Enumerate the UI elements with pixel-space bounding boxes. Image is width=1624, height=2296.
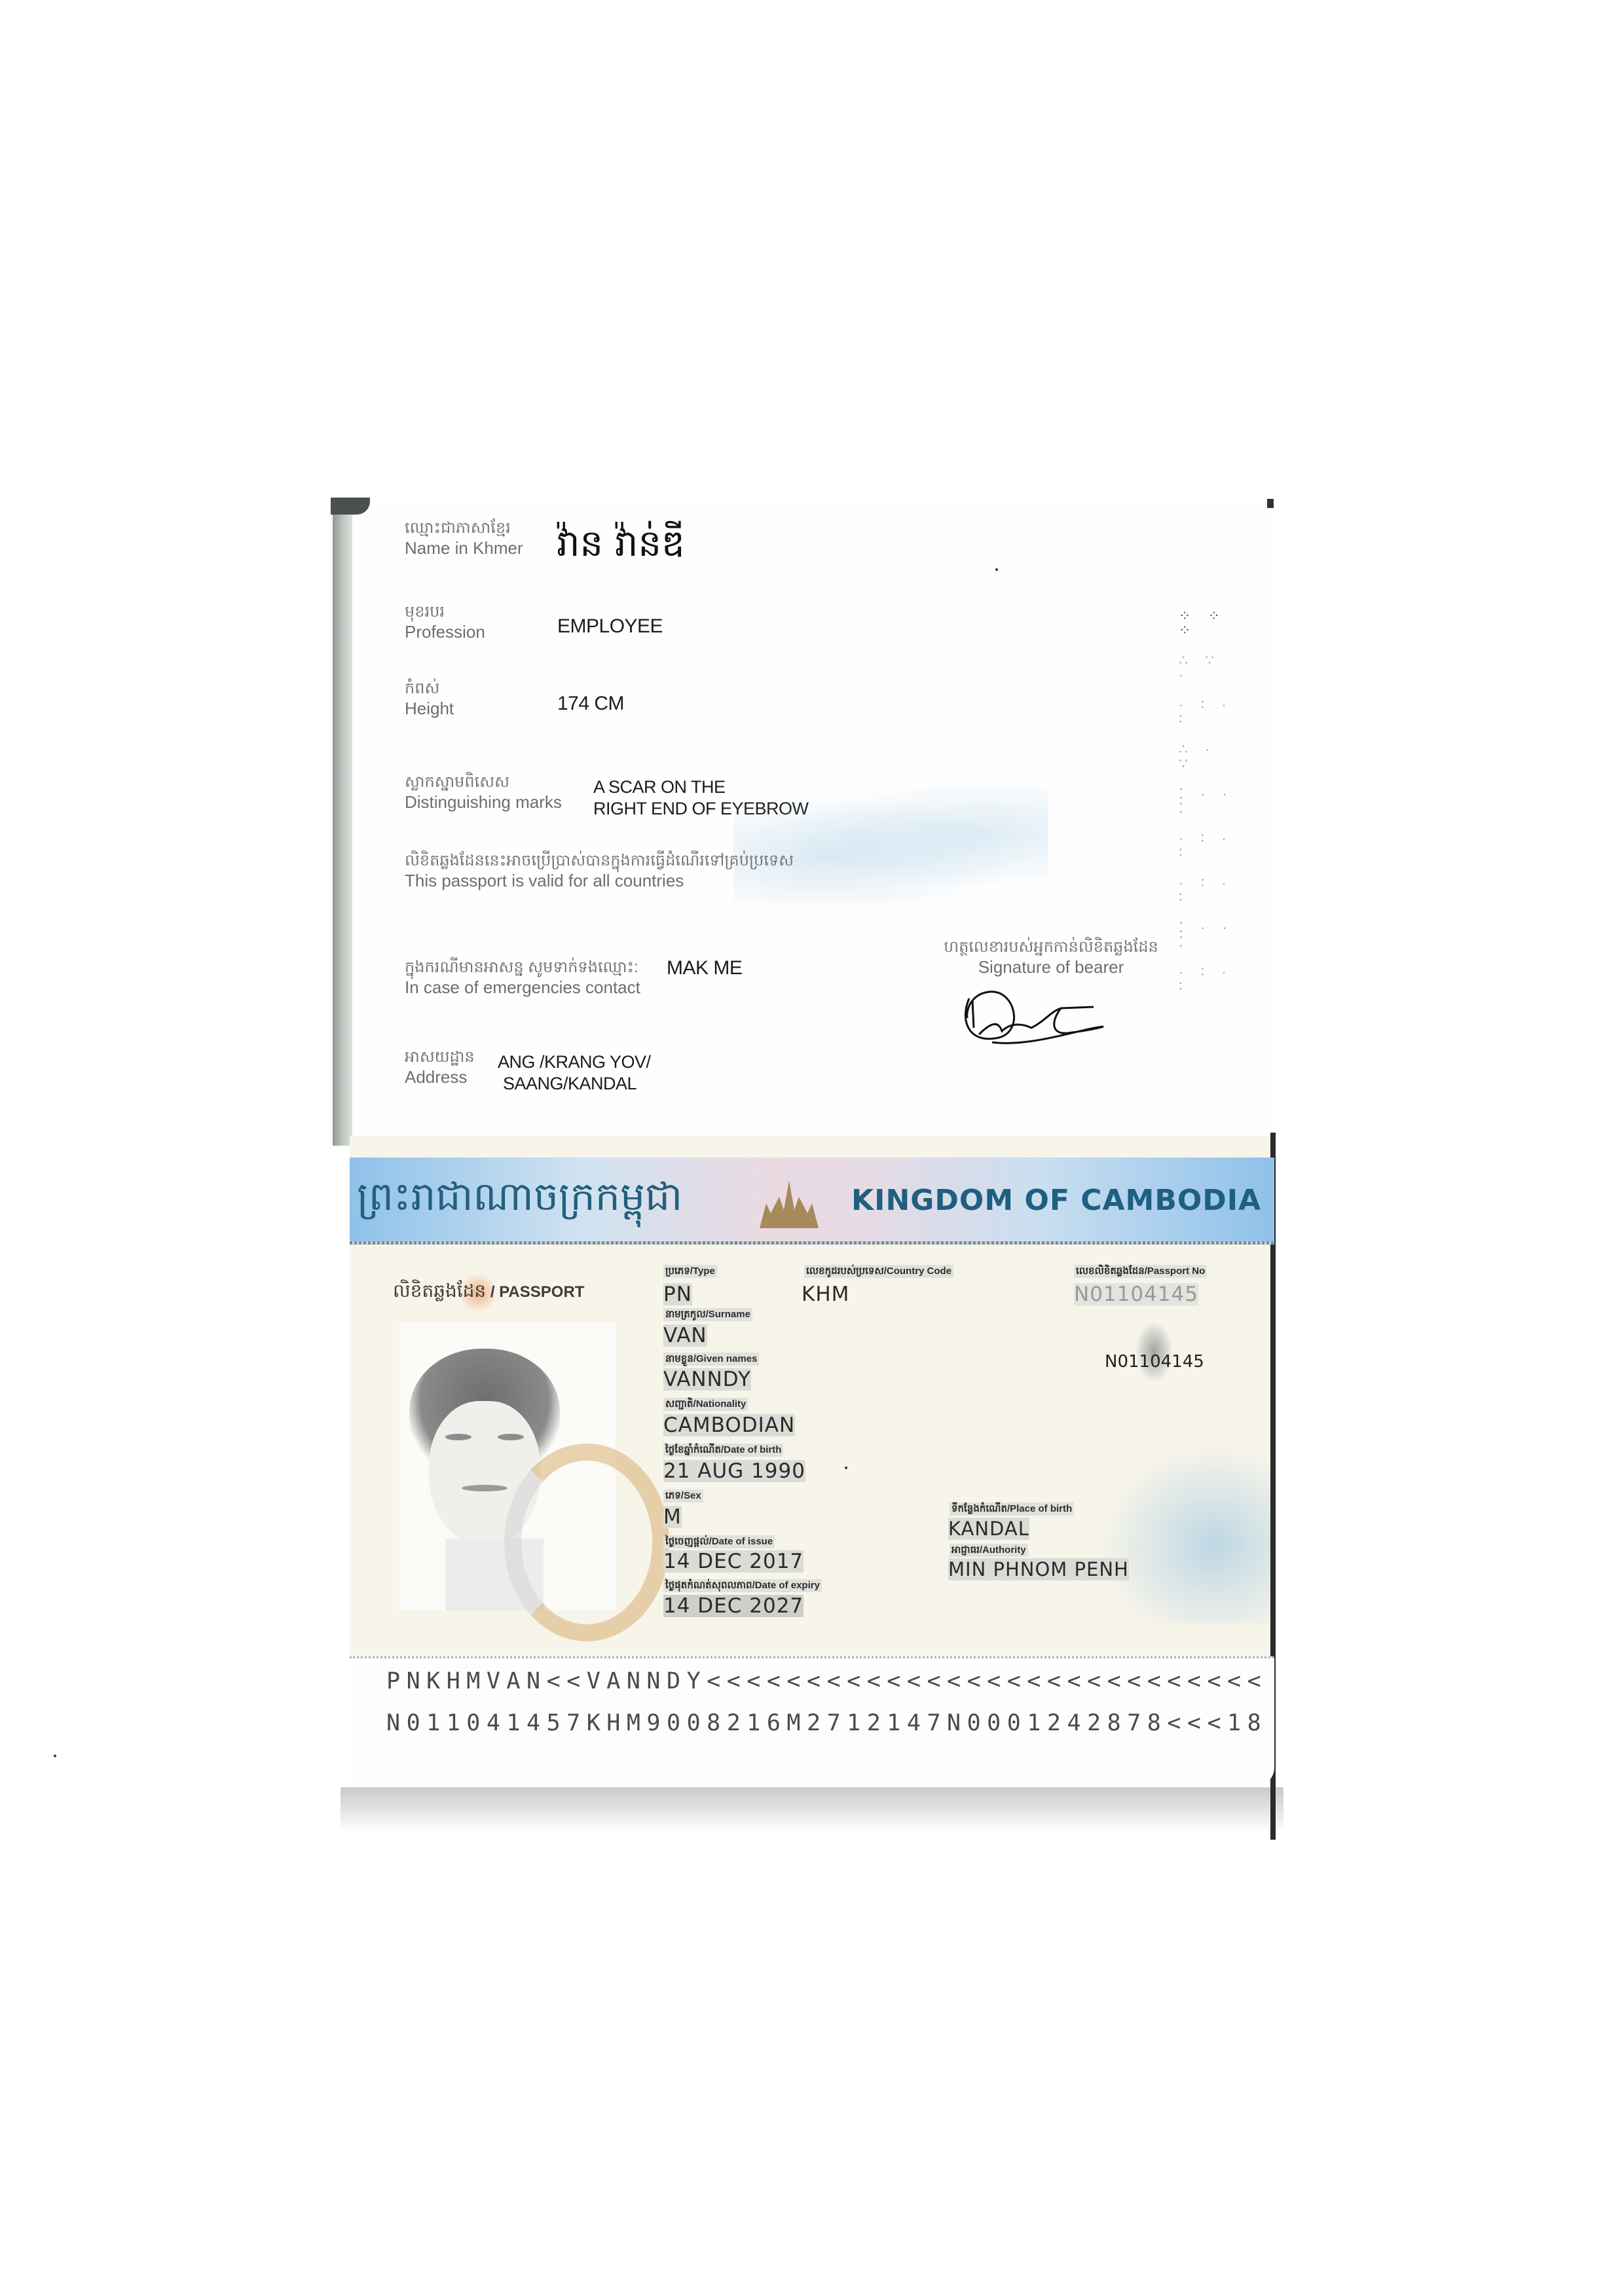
profession-label: មុខរបរ Profession	[405, 602, 485, 642]
address-label-en: Address	[405, 1067, 467, 1087]
place-of-birth-value: KANDAL	[948, 1518, 1029, 1540]
ghost-passport-number: N01104145	[1105, 1351, 1204, 1373]
validity-text-en: This passport is valid for all countries	[405, 871, 684, 890]
photo-eye-left	[445, 1434, 471, 1440]
address-line1: ANG /KRANG YOV/	[498, 1051, 651, 1073]
page-shadow	[341, 1787, 1283, 1833]
distinguishing-marks-line1: A SCAR ON THE	[593, 776, 726, 798]
authority-value: MIN PHNOM PENH	[948, 1558, 1129, 1580]
scan-speck	[995, 568, 998, 571]
height-label: កំពស់ Height	[405, 679, 454, 718]
distinguishing-marks-label: ស្លាកស្នាមពិសេស Distinguishing marks	[405, 773, 562, 812]
name-in-khmer-label: ឈ្មោះជាភាសាខ្មែរ Name in Khmer	[405, 519, 523, 558]
date-of-birth-value: 21 AUG 1990	[663, 1460, 805, 1482]
profession-label-en: Profession	[405, 622, 485, 642]
country-code-value: KHM	[802, 1283, 849, 1305]
place-of-birth-label: ទីកន្លែងកំណើត/Place of birth	[950, 1503, 1074, 1516]
scan-speck	[845, 1467, 847, 1469]
surname-label: នាមត្រកូល/Surname	[663, 1308, 752, 1321]
signature-label: ហត្ថលេខារបស់អ្នកកាន់លិខិតឆ្លងដែន Signatu…	[943, 938, 1159, 977]
address-line2: SAANG/KANDAL	[503, 1072, 637, 1095]
date-of-expiry-label: ថ្ងៃផុតកំណត់សុពលភាព/Date of expiry	[663, 1579, 822, 1592]
given-names-label: នាមខ្លួន/Given names	[663, 1353, 759, 1366]
angkor-wat-emblem-icon	[756, 1177, 822, 1230]
distinguishing-marks-label-en: Distinguishing marks	[405, 792, 562, 812]
nationality-label: សញ្ជាតិ/Nationality	[663, 1398, 748, 1411]
date-of-expiry-value: 14 DEC 2027	[663, 1595, 803, 1617]
sex-label: ភេទ/Sex	[663, 1489, 703, 1503]
header-kingdom-kh: ព្រះរាជាណាចក្រកម្ពុជា	[357, 1172, 682, 1230]
surname-value: VAN	[663, 1324, 707, 1347]
emergency-contact-label: ក្នុងករណីមានអាសន្ន សូមទាក់ទងឈ្មោះ: In ca…	[405, 958, 640, 997]
document-title-kh: លិខិតឆ្លងដែន	[393, 1280, 486, 1302]
height-label-kh: កំពស់	[405, 679, 454, 699]
address-label: អាសយដ្ឋាន Address	[405, 1048, 475, 1087]
address-label-kh: អាសយដ្ឋាន	[405, 1048, 475, 1067]
signature-label-en: Signature of bearer	[978, 957, 1124, 977]
emergency-contact-label-kh: ក្នុងករណីមានអាសន្ន សូមទាក់ទងឈ្មោះ:	[405, 958, 640, 977]
mrz-line-1: PNKHMVAN<<VANNDY<<<<<<<<<<<<<<<<<<<<<<<<…	[386, 1668, 1267, 1694]
microprint-line	[350, 1241, 1274, 1245]
document-title-en: / PASSPORT	[486, 1283, 584, 1301]
header-kingdom-en: KINGDOM OF CAMBODIA	[851, 1184, 1261, 1217]
emergency-contact-value: MAK ME	[667, 957, 742, 979]
photo-mouth	[462, 1485, 507, 1491]
page-corner-mark	[1267, 499, 1274, 508]
type-value: PN	[663, 1283, 692, 1305]
name-in-khmer-value: វ៉ាន វ៉ាន់ឌី	[557, 520, 685, 574]
document-title: លិខិតឆ្លងដែន / PASSPORT	[393, 1279, 584, 1306]
name-in-khmer-label-en: Name in Khmer	[405, 538, 523, 558]
bearer-signature	[953, 982, 1116, 1054]
date-of-birth-label: ថ្ងៃខែឆ្នាំកំណើត/Date of birth	[663, 1444, 783, 1457]
scan-speck	[54, 1755, 56, 1757]
passport-no-label: លេខលិខិតឆ្លងដែន/Passport No	[1074, 1265, 1207, 1278]
passport-no-value: N01104145	[1074, 1283, 1198, 1305]
signature-label-kh: ហត្ថលេខារបស់អ្នកកាន់លិខិតឆ្លងដែន	[943, 938, 1159, 957]
distinguishing-marks-label-kh: ស្លាកស្នាមពិសេស	[405, 773, 562, 792]
date-of-issue-value: 14 DEC 2017	[663, 1550, 803, 1573]
validity-text-kh: លិខិតឆ្លងដែននេះអាចប្រើប្រាស់បានក្នុងការធ…	[405, 851, 794, 871]
mrz-line-2: N011041457KHM9008216M2712147N0001242878<…	[386, 1710, 1267, 1736]
date-of-issue-label: ថ្ងៃចេញផ្តល់/Date of issue	[663, 1535, 775, 1548]
given-names-value: VANNDY	[663, 1368, 751, 1391]
profession-label-kh: មុខរបរ	[405, 602, 485, 622]
spine-cap	[331, 498, 370, 515]
name-in-khmer-label-kh: ឈ្មោះជាភាសាខ្មែរ	[405, 519, 523, 538]
perforated-passport-number: ⁘ ⁘ ⁘ ∴ ∵ · · ∶ · ∶ ∴ · ∵ ⁚ · · ⁚ · ∶ · …	[1179, 609, 1238, 1041]
authority-label: អាជ្ញាធរ/Authority	[950, 1544, 1028, 1557]
photo-eye-right	[498, 1434, 524, 1440]
validity-statement: លិខិតឆ្លងដែននេះអាចប្រើប្រាស់បានក្នុងការធ…	[405, 851, 794, 890]
hologram-overlay	[504, 1444, 669, 1641]
type-label: ប្រភេទ/Type	[663, 1265, 717, 1278]
height-label-en: Height	[405, 699, 454, 718]
page-spine	[333, 498, 352, 1146]
profession-value: EMPLOYEE	[557, 615, 663, 638]
sex-value: M	[663, 1506, 682, 1528]
nationality-value: CAMBODIAN	[663, 1414, 795, 1436]
emergency-contact-label-en: In case of emergencies contact	[405, 977, 640, 997]
security-pattern	[1080, 1427, 1270, 1624]
height-value: 174 CM	[557, 693, 624, 715]
country-code-label: លេខកូដរបស់ប្រទេស/Country Code	[804, 1265, 953, 1278]
